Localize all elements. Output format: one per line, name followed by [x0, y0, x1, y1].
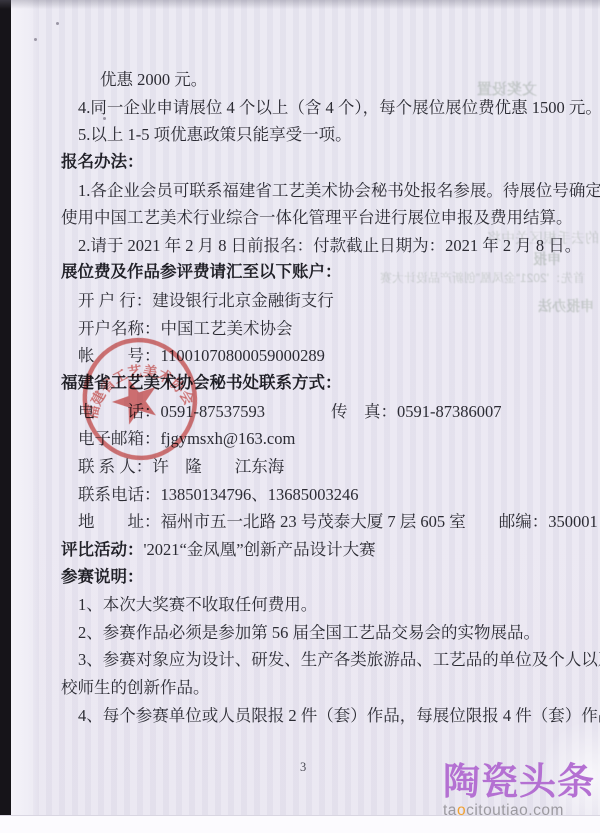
doc-line: 3、参赛对象应为设计、研发、生产各类旅游品、工艺品的单位及个人以及院 [61, 646, 561, 674]
doc-line: 校师生的创新作品。 [61, 674, 561, 702]
doc-line: 联系电话：13850134796、13685003246 [61, 481, 561, 509]
doc-line: 开 户 行：建设银行北京金融街支行 [61, 287, 561, 315]
dust-speck [103, 117, 106, 120]
doc-line: 1、本次大奖赛不收取任何费用。 [61, 591, 561, 619]
dust-speck [56, 22, 59, 25]
red-seal-stamp: 福建省工艺美术协会 [71, 328, 210, 472]
doc-line: 4.同一企业申请展位 4 个以上（含 4 个），每个展位展位费优惠 1500 元… [61, 94, 561, 122]
page-number: 3 [300, 760, 306, 775]
doc-line: 地 址：福州市五一北路 23 号茂泰大厦 7 层 605 室 邮编：350001 [61, 508, 561, 536]
scan-edge-shadow [0, 0, 11, 815]
doc-line: 评比活动：'2021“金凤凰”创新产品设计大赛 [61, 536, 561, 564]
watermark-url: taocitoutiao.com [443, 802, 595, 820]
watermark-logo: 陶瓷头条 taocitoutiao.com [443, 763, 595, 820]
watermark-title: 陶瓷头条 [443, 763, 595, 801]
doc-line: 4、每个参赛单位或人员限报 2 件（套）作品，每展位限报 4 件（套）作品。 [61, 702, 561, 730]
dust-speck [34, 38, 37, 41]
doc-line: 5.以上 1-5 项优惠政策只能享受一项。 [61, 121, 561, 149]
doc-line: 2、参赛作品必须是参加第 56 届全国工艺品交易会的实物展品。 [61, 619, 561, 647]
watermark-url-suffix: citoutiao.com [466, 802, 564, 819]
watermark-url-accent-o: o [457, 802, 466, 819]
doc-line: 展位费及作品参评费请汇至以下账户： [61, 259, 561, 287]
doc-line: 优惠 2000 元。 [61, 66, 561, 94]
watermark-url-prefix: ta [443, 802, 457, 819]
scan-top-shade [0, 0, 600, 9]
doc-line: 参赛说明： [61, 564, 561, 592]
doc-line: 使用中国工艺美术行业综合一体化管理平台进行展位申报及费用结算。 [61, 204, 561, 232]
paper-edge-band [11, 0, 39, 815]
scanned-document-page: 文奖设置的去手根区关中将申报首先：'2021“金凤凰”创新产品设计大赛申报办法 … [0, 0, 600, 833]
doc-line: 1.各企业会员可联系福建省工艺美术协会秘书处报名参展。待展位号确定后 [61, 177, 561, 205]
doc-line: 2.请于 2021 年 2 月 8 日前报名：付款截止日期为：2021 年 2 … [61, 232, 561, 260]
doc-line: 报名办法： [61, 149, 561, 177]
